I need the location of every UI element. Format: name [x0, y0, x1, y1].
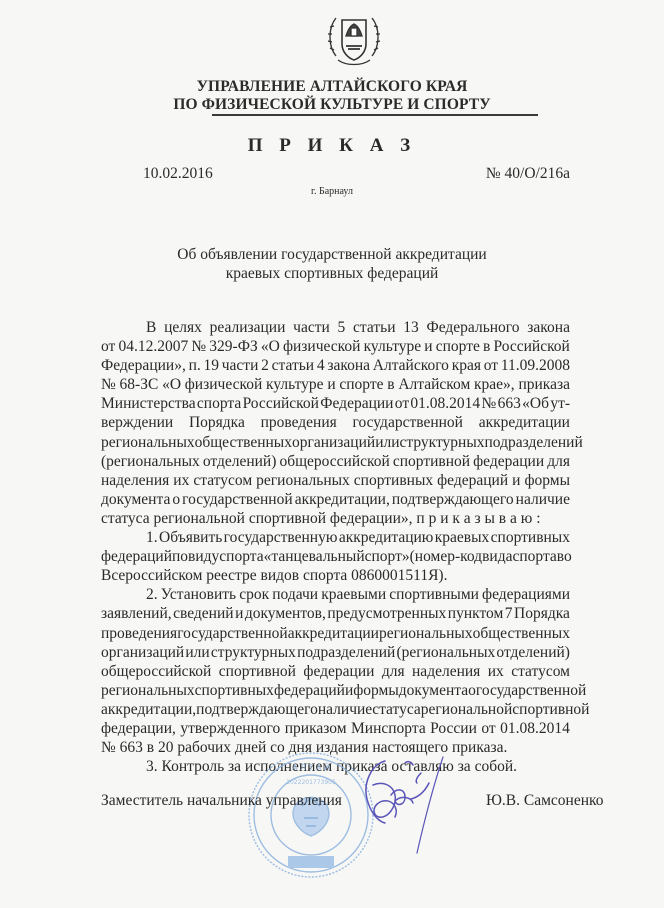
body-text-line: проведениягосударственнойаккредитациирег… [101, 624, 570, 643]
organization-name-line-2: ПО ФИЗИЧЕСКОЙ КУЛЬТУРЕ И СПОРТУ [0, 96, 664, 114]
body-text-line: от04.12.2007№329-ФЗ«Офизическойкультуреи… [101, 337, 570, 356]
subject-line: краевых спортивных федераций [0, 264, 664, 283]
body-text-line: вержденииПорядкапроведениягосударственно… [101, 413, 570, 432]
subject-line: Об объявлении государственной аккредитац… [0, 245, 664, 264]
body-text-line: 1.Объявитьгосударственнуюаккредитациюкра… [101, 528, 570, 547]
coat-of-arms-icon [326, 6, 382, 72]
body-text-line: федерацийповидуспорта«танцевальныйспорт»… [101, 547, 570, 566]
body-text-line: заявлений,сведенийидокументов,предусмотр… [101, 604, 570, 623]
svg-text:1022201773905: 1022201773905 [286, 779, 336, 786]
document-number: № 40/О/216а [486, 165, 570, 183]
document-city: г. Барнаул [0, 186, 664, 197]
body-text-line: федерации,утвержденногоприказомМинспорта… [101, 719, 570, 738]
body-text-line: (региональныхотделений)общероссийскойспо… [101, 452, 570, 471]
document-page: УПРАВЛЕНИЕ АЛТАЙСКОГО КРАЯ ПО ФИЗИЧЕСКОЙ… [0, 0, 664, 908]
body-text-line: 2.Установитьсрокподачикраевымиспортивным… [101, 585, 570, 604]
body-text-line: Вцеляхреализациичасти5статьи13Федерально… [101, 318, 570, 337]
body-text-line: региональныхобщественныхорганизацийилист… [101, 433, 570, 452]
body-text-line: МинистерстваспортаРоссийскойФедерацииот0… [101, 394, 570, 413]
body-text-line: №68-ЗС«ОфизическойкультуреиспортевАлтайс… [101, 375, 570, 394]
signatory-name: Ю.В. Самсоненко [486, 792, 604, 810]
body-text-line: наделенияихстатусомрегиональныхспортивны… [101, 471, 570, 490]
body-text-line: организацийилиструктурныхподразделений(р… [101, 643, 570, 662]
document-subject: Об объявлении государственной аккредитац… [0, 245, 664, 283]
body-text-line: аккредитации,подтверждающегоналичиестату… [101, 700, 570, 719]
body-text-line: Федерации»,п.19части2статьи4законаАлтайс… [101, 356, 570, 375]
document-date: 10.02.2016 [143, 165, 213, 183]
signatory-position: Заместитель начальника управления [101, 792, 342, 810]
body-text-line: Всероссийском реестре видов спорта 08600… [101, 566, 570, 585]
handwritten-signature-icon [355, 755, 470, 865]
body-text-line: документаогосударственнойаккредитации,по… [101, 490, 570, 509]
body-text-line: общероссийскойспортивнойфедерациидлянаде… [101, 662, 570, 681]
organization-name-line-1: УПРАВЛЕНИЕ АЛТАЙСКОГО КРАЯ [0, 78, 664, 96]
body-text-line: региональныхспортивныхфедерацийиформыдок… [101, 681, 570, 700]
svg-text:А Л Т А Й: А Л Т А Й [292, 761, 330, 772]
document-type-title: П Р И К А З [0, 135, 664, 157]
header-divider [212, 114, 538, 116]
document-body: Вцеляхреализациичасти5статьи13Федерально… [101, 318, 570, 776]
body-text-line: статуса региональной спортивной федераци… [101, 509, 570, 528]
